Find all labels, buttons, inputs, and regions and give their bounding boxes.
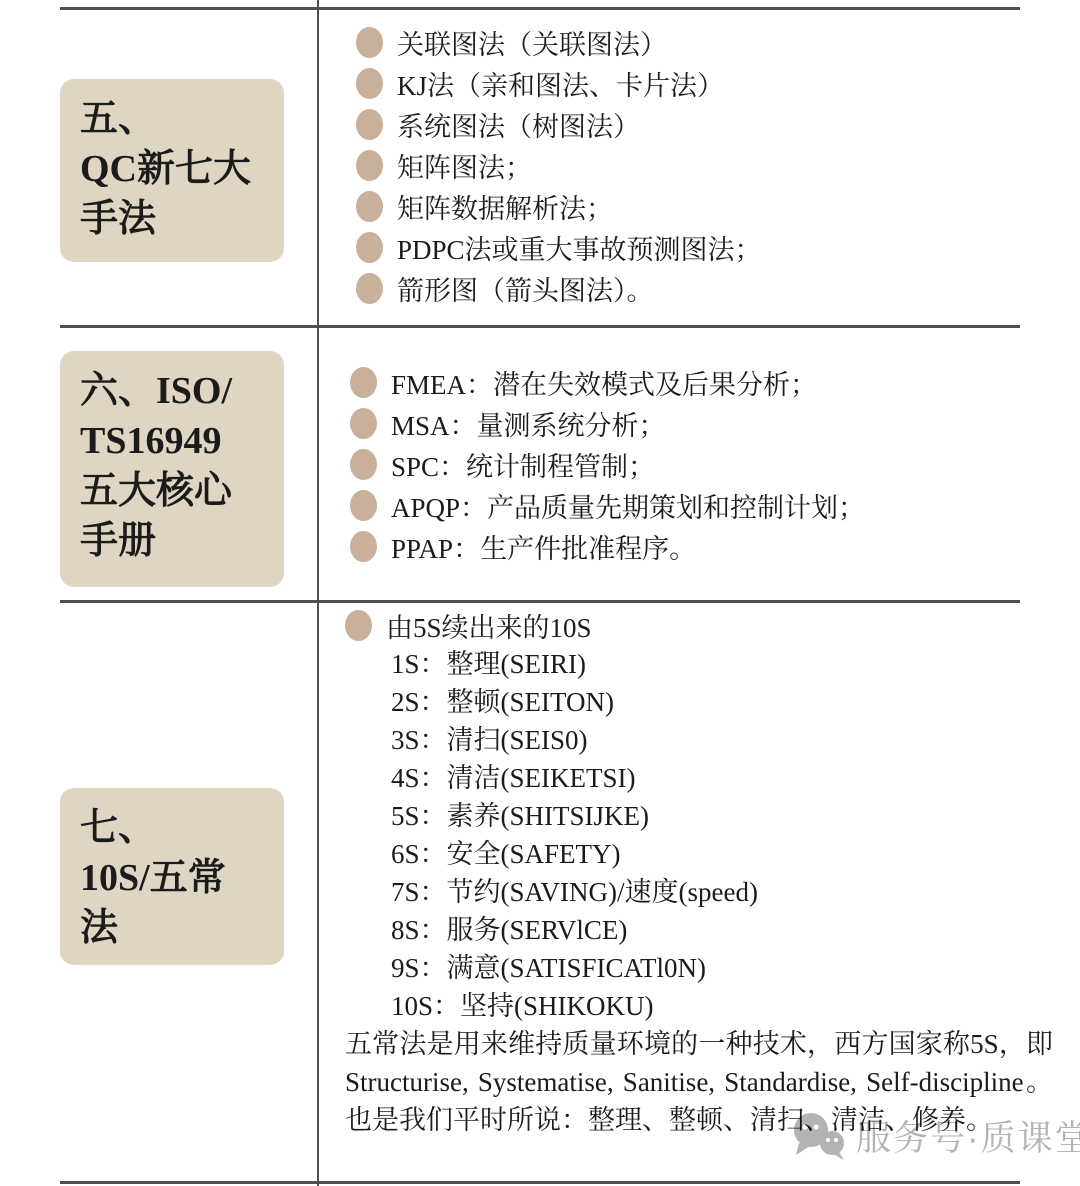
- section-title-line: 五大核心: [80, 466, 276, 516]
- list-item: 关联图法（关联图法）: [356, 22, 762, 63]
- list-item-label: FMEA：潜在失效模式及后果分析；: [391, 363, 817, 402]
- section-title-line: TS16949: [80, 416, 276, 466]
- bullet-dot-icon: [356, 191, 383, 222]
- bullet-dot-icon: [345, 610, 372, 641]
- bullet-dot-icon: [356, 68, 383, 99]
- list-item: FMEA：潜在失效模式及后果分析；: [350, 362, 865, 403]
- sub-list-item: 1S：整理(SEIRI): [391, 645, 758, 683]
- section-title-line: 手法: [80, 194, 276, 244]
- list-item: SPC：统计制程管制；: [350, 444, 865, 485]
- sub-list-item: 8S：服务(SERVlCE): [391, 911, 758, 949]
- vertical-divider: [317, 0, 319, 1186]
- horizontal-divider-bottom: [60, 1181, 1020, 1184]
- list-item-label: 箭形图（箭头图法）。: [397, 269, 654, 308]
- section-title-line: QC新七大: [80, 144, 276, 194]
- bullet-dot-icon: [350, 408, 377, 439]
- bullet-dot-icon: [350, 449, 377, 480]
- sub-list-item: 2S：整顿(SEITON): [391, 683, 758, 721]
- bullet-dot-icon: [350, 367, 377, 398]
- section-title-line: 五、: [80, 94, 276, 144]
- list-item: 矩阵数据解析法；: [356, 186, 762, 227]
- section-title-line: 七、: [80, 803, 276, 853]
- sub-list-item: 7S：节约(SAVING)/速度(speed): [391, 873, 758, 911]
- horizontal-divider-row2-row3: [60, 600, 1020, 603]
- list-item-label: SPC：统计制程管制；: [391, 445, 655, 484]
- watermark: 服务号·质课堂: [788, 1110, 1080, 1162]
- list-item: PPAP：生产件批准程序。: [350, 526, 865, 567]
- list-item: 箭形图（箭头图法）。: [356, 268, 762, 309]
- section-title-line: 10S/五常: [80, 853, 276, 903]
- bullet-dot-icon: [356, 150, 383, 181]
- section-title-line: 六、ISO/: [80, 366, 276, 416]
- bullet-dot-icon: [356, 27, 383, 58]
- list-item: APQP：产品质量先期策划和控制计划；: [350, 485, 865, 526]
- horizontal-divider-top: [60, 7, 1020, 10]
- list-item-label: PDPC法或重大事故预测图法；: [397, 228, 762, 267]
- section-title-line: 法: [80, 903, 276, 953]
- list-item-label: MSA：量测系统分析；: [391, 404, 666, 443]
- list-item-label: PPAP：生产件批准程序。: [391, 527, 696, 566]
- list-item: KJ法（亲和图法、卡片法）: [356, 63, 762, 104]
- sub-list-item: 3S：清扫(SEIS0): [391, 721, 758, 759]
- bullet-dot-icon: [356, 109, 383, 140]
- list-item-label: 关联图法（关联图法）: [397, 23, 667, 62]
- sub-list-item: 10S：坚持(SHIKOKU): [391, 987, 758, 1025]
- list-item-label: 由5S续出来的10S: [386, 606, 592, 645]
- section-title-box-10s: 七、 10S/五常 法: [60, 788, 284, 965]
- list-item: 矩阵图法；: [356, 145, 762, 186]
- qc-new-seven-list: 关联图法（关联图法） KJ法（亲和图法、卡片法） 系统图法（树图法） 矩阵图法；…: [356, 22, 762, 309]
- iso-ts16949-list: FMEA：潜在失效模式及后果分析； MSA：量测系统分析； SPC：统计制程管制…: [350, 362, 865, 567]
- list-item-label: 矩阵图法；: [397, 146, 532, 185]
- wechat-icon: [788, 1110, 848, 1162]
- sub-list-item: 4S：清洁(SEIKETSI): [391, 759, 758, 797]
- list-item: PDPC法或重大事故预测图法；: [356, 227, 762, 268]
- sub-list-item: 6S：安全(SAFETY): [391, 835, 758, 873]
- section-title-box-iso-ts16949: 六、ISO/ TS16949 五大核心 手册: [60, 351, 284, 587]
- bullet-dot-icon: [350, 490, 377, 521]
- document-page: 五、 QC新七大 手法 关联图法（关联图法） KJ法（亲和图法、卡片法） 系统图…: [0, 0, 1080, 1186]
- list-item-label: APQP：产品质量先期策划和控制计划；: [391, 486, 865, 525]
- section-title-box-qc-new-seven: 五、 QC新七大 手法: [60, 79, 284, 262]
- section-title-line: 手册: [80, 516, 276, 566]
- bullet-dot-icon: [356, 232, 383, 263]
- list-item: 系统图法（树图法）: [356, 104, 762, 145]
- list-item: MSA：量测系统分析；: [350, 403, 865, 444]
- bullet-dot-icon: [350, 531, 377, 562]
- horizontal-divider-row1-row2: [60, 325, 1020, 328]
- watermark-text: 服务号·质课堂: [856, 1111, 1080, 1161]
- list-item-label: 矩阵数据解析法；: [397, 187, 613, 226]
- list-item-label: KJ法（亲和图法、卡片法）: [397, 64, 724, 103]
- sub-list-item: 9S：满意(SATISFICATl0N): [391, 949, 758, 987]
- ten-s-sub-list: 1S：整理(SEIRI) 2S：整顿(SEITON) 3S：清扫(SEIS0) …: [391, 645, 758, 1025]
- sub-list-item: 5S：素养(SHITSIJKE): [391, 797, 758, 835]
- bullet-dot-icon: [356, 273, 383, 304]
- list-item-10s-lead: 由5S续出来的10S: [345, 605, 592, 646]
- list-item-label: 系统图法（树图法）: [397, 105, 640, 144]
